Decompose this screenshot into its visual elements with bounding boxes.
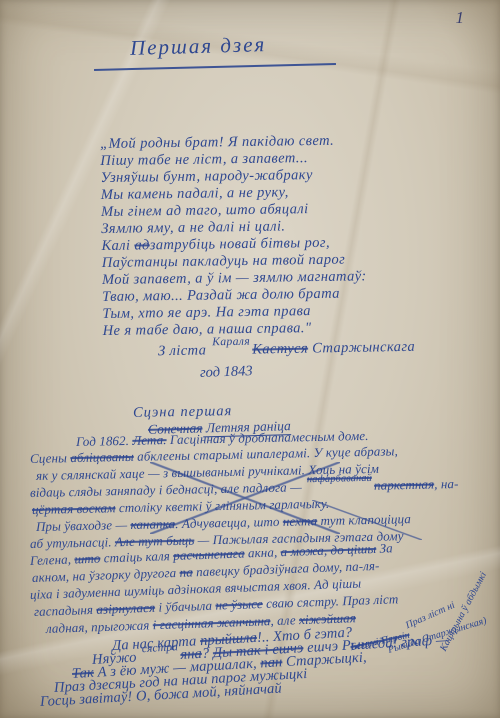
struck-word: канапка xyxy=(130,516,175,532)
text-segment: Гелена, xyxy=(30,551,75,568)
struck-word: азірнулася xyxy=(96,600,155,617)
struck-word: расчыненага xyxy=(173,546,245,563)
inserted-word: Караля xyxy=(212,335,250,349)
struck-word: цёртая воскам xyxy=(32,500,116,517)
text-segment: Не я табе даю, а наша справа." xyxy=(103,320,312,339)
text-segment: . Адчуваецца, што xyxy=(175,514,283,531)
text-segment: Узняўшы бунт, народу-жабраку xyxy=(100,167,312,186)
struck-word: не ўзысе xyxy=(215,596,263,613)
prose-block: Год 1862. Лета. Гасцінная ў дробнапамесн… xyxy=(30,434,500,708)
struck-word: па xyxy=(179,564,193,579)
attribution-line: З ліста КараляКастуся Старжынскага xyxy=(158,339,415,360)
text-segment: За xyxy=(376,540,393,556)
text-segment: гаспадыня xyxy=(34,602,97,619)
text-segment: акна, xyxy=(244,544,280,560)
inserted-word: сястра xyxy=(141,640,178,655)
inserted-word: нафарбаванай xyxy=(307,473,372,485)
text-segment: ладная, прыгожая xyxy=(46,617,153,636)
struck-word: Лета. xyxy=(132,432,167,448)
title-underline xyxy=(94,63,336,71)
text-segment: століку кветкі ў гліняным гарлачыку. xyxy=(115,496,329,515)
struck-word: нехта xyxy=(283,513,318,529)
struck-word: абліцаваны xyxy=(70,449,134,465)
text-segment: Тым, хто яе арэ. На гэта права xyxy=(102,303,311,322)
text-segment: Мы гінем ад таго, што абяцалі xyxy=(101,201,309,220)
attribution-year: год 1843 xyxy=(200,363,253,382)
text-segment: тут клапоціцца xyxy=(317,511,411,528)
struck-word: а можа, до цішы xyxy=(280,541,376,559)
manuscript-line: З ліста КараляКастуся Старжынскага xyxy=(158,339,415,360)
manuscript-page: 1 Першая дзея „Мой родны брат! Я пакідаю… xyxy=(0,0,500,718)
text-segment: Тваю, маю... Раздай жа долю брата xyxy=(102,286,340,305)
text-segment: затрубіць новай бітвы рог, xyxy=(150,235,330,254)
text-segment: аб утульнасці. xyxy=(30,534,115,551)
text-segment: З ліста xyxy=(158,342,211,359)
struck-word: Кастуся xyxy=(252,341,308,358)
text-segment: Мы камень падалі, а не руку, xyxy=(101,184,289,203)
struck-word: паркетная xyxy=(374,477,434,493)
text-segment: Калі xyxy=(101,238,134,254)
poem-block: „Мой родны брат! Я пакідаю свет.Пішу таб… xyxy=(100,132,367,340)
struck-word: што xyxy=(74,551,101,567)
text-segment: і ўбачыла xyxy=(155,598,216,615)
text-segment: Зямлю яму, а не далі ні цалі. xyxy=(101,218,285,237)
text-segment: , на- xyxy=(434,476,459,492)
text-segment: , але xyxy=(270,612,299,628)
text-segment: стаіць каля xyxy=(100,548,173,566)
page-title: Першая дзея xyxy=(130,32,267,61)
text-segment: Пішу табе не ліст, а запавет... xyxy=(100,150,308,169)
text-segment: Сцены xyxy=(30,450,71,466)
text-segment: Паўстанцы пакладуць на твой парог xyxy=(102,252,346,271)
struck-word: ад xyxy=(134,237,150,253)
text-segment: Старжынскага xyxy=(308,339,415,357)
text-segment: Пры ўваходзе — xyxy=(36,517,131,534)
text-segment: „Мой родны брат! Я пакідаю свет. xyxy=(100,133,334,152)
page-number: 1 xyxy=(456,8,465,28)
text-segment: Год 1862. xyxy=(76,433,133,449)
